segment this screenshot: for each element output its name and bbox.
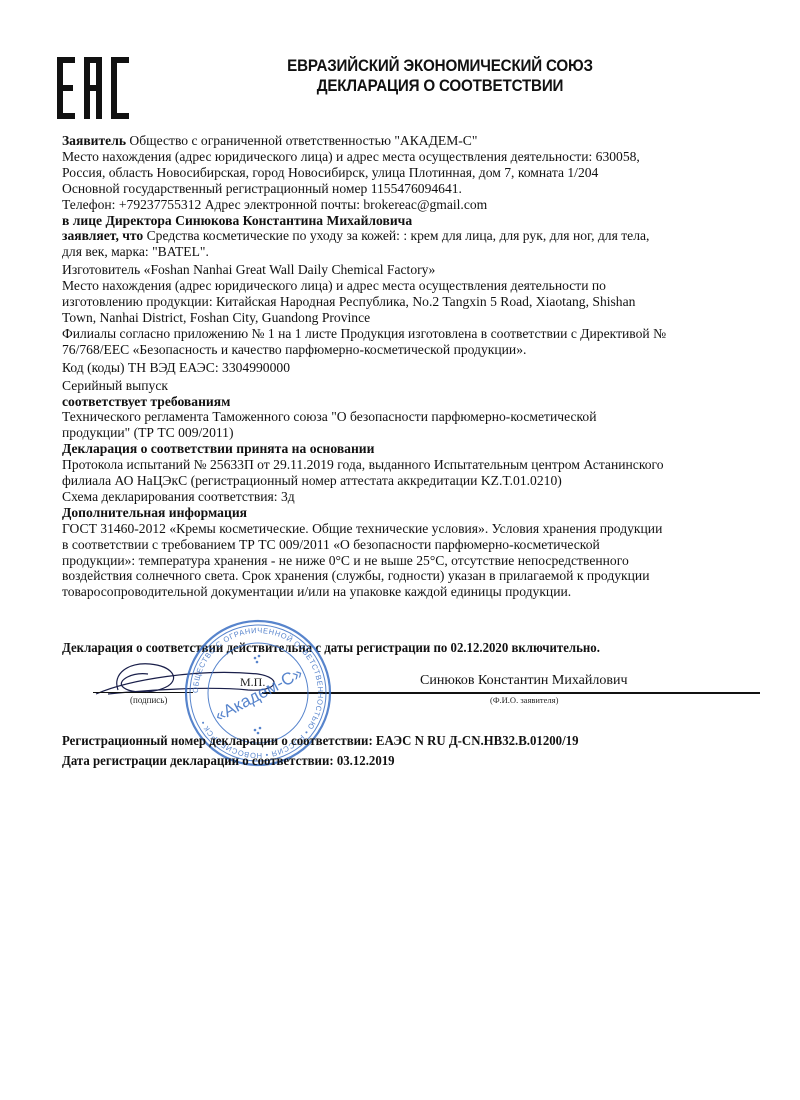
signer-name-line [262,692,760,694]
signature-line [93,692,193,693]
additional-info-3: продукции»: температура хранения - не ни… [62,553,752,569]
compliance-regulation-2: продукции" (ТР ТС 009/2011) [62,425,752,441]
applicant-ogrn: Основной государственный регистрационный… [62,181,752,197]
signer-name: Синюков Константин Михайлович [420,673,628,689]
compliance-heading: соответствует требованиям [62,394,752,410]
hs-code: Код (коды) ТН ВЭД ЕАЭС: 3304990000 [62,360,752,376]
stamp-center-text: «Академ-С» [212,663,306,725]
product-description-2: для век, марка: "BATEL". [62,244,752,260]
applicant-label: Заявитель [62,133,126,148]
signature-caption: (подпись) [130,695,167,705]
applicant-contacts: Телефон: +79237755312 Адрес электронной … [62,197,752,213]
applicant-line: Заявитель Общество с ограниченной ответс… [62,133,752,149]
basis-protocol-1: Протокола испытаний № 25633П от 29.11.20… [62,457,752,473]
declaration-page: ЕВРАЗИЙСКИЙ ЭКОНОМИЧЕСКИЙ СОЮЗ ДЕКЛАРАЦИ… [0,0,800,1100]
registration-date: Дата регистрации декларации о соответств… [62,753,395,769]
compliance-regulation-1: Технического регламента Таможенного союз… [62,409,752,425]
additional-info-4: воздействия солнечного света. Срок хране… [62,568,752,584]
manufacturer-address-2: изготовлению продукции: Китайская Народн… [62,294,752,310]
manufacturer-address-3: Town, Nanhai District, Foshan City, Guan… [62,310,752,326]
signer-caption: (Ф.И.О. заявителя) [490,695,558,705]
applicant-address-2: Россия, область Новосибирская, город Нов… [62,165,752,181]
branches-1: Филиалы согласно приложению № 1 на 1 лис… [62,326,752,342]
manufacturer-name: Изготовитель «Foshan Nanhai Great Wall D… [62,262,752,278]
document-title: ЕВРАЗИЙСКИЙ ЭКОНОМИЧЕСКИЙ СОЮЗ ДЕКЛАРАЦИ… [247,56,633,96]
eac-logo-icon [57,57,129,119]
declares-line: заявляет, что Средства косметические по … [62,228,752,244]
additional-info-heading: Дополнительная информация [62,505,752,521]
manufacturer-address-1: Место нахождения (адрес юридического лиц… [62,278,752,294]
applicant-name: Общество с ограниченной ответственностью… [126,133,477,148]
applicant-address-1: Место нахождения (адрес юридического лиц… [62,149,752,165]
additional-info-1: ГОСТ 31460-2012 «Кремы косметические. Об… [62,521,752,537]
product-description-1: Средства косметические по уходу за кожей… [143,228,649,243]
title-declaration: ДЕКЛАРАЦИЯ О СООТВЕТСТВИИ [247,76,633,96]
applicant-representative: в лице Директора Синюкова Константина Ми… [62,213,752,229]
declaration-scheme: Схема декларирования соответствия: 3д [62,489,752,505]
registration-number: Регистрационный номер декларации о соотв… [62,733,578,749]
declaration-body: Заявитель Общество с ограниченной ответс… [62,133,752,600]
basis-protocol-2: филиала АО НаЦЭкС (регистрационный номер… [62,473,752,489]
additional-info-2: в соответствии с требованием ТР ТС 009/2… [62,537,752,553]
release-type: Серийный выпуск [62,378,752,394]
declares-label: заявляет, что [62,228,143,243]
basis-heading: Декларация о соответствии принята на осн… [62,441,752,457]
additional-info-5: товаросопроводительной документации и/ил… [62,584,752,600]
branches-2: 76/768/EEC «Безопасность и качество парф… [62,342,752,358]
title-union: ЕВРАЗИЙСКИЙ ЭКОНОМИЧЕСКИЙ СОЮЗ [247,56,633,76]
